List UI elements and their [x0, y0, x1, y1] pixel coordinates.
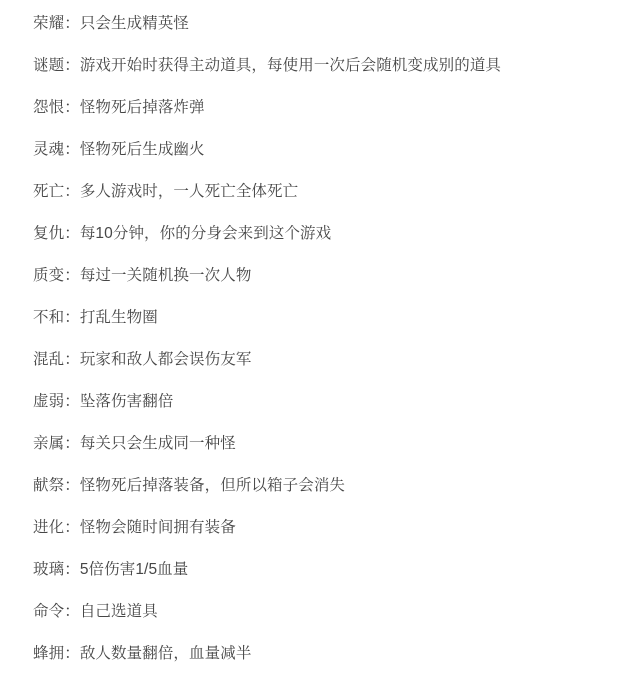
effect-term: 复仇 [33, 225, 64, 242]
effect-term: 混乱 [33, 351, 64, 368]
effect-entry: 怨恨：怪物死后掉落炸弹 [33, 97, 609, 119]
effect-entry: 混乱：玩家和敌人都会误伤友军 [33, 349, 609, 371]
colon-separator: ： [64, 393, 80, 410]
effect-description: 游戏开始时获得主动道具，每使用一次后会随机变成别的道具 [80, 57, 501, 74]
effect-entry: 亲属：每关只会生成同一种怪 [33, 433, 609, 455]
effect-entry: 复仇：每10分钟，你的分身会来到这个游戏 [33, 223, 609, 245]
effect-description: 5倍伤害1/5血量 [80, 561, 189, 578]
effects-list: 荣耀：只会生成精英怪 谜题：游戏开始时获得主动道具，每使用一次后会随机变成别的道… [0, 0, 629, 665]
effect-term: 荣耀 [33, 15, 64, 32]
effect-term: 献祭 [33, 477, 64, 494]
effect-description: 坠落伤害翻倍 [80, 393, 174, 410]
effect-description: 每10分钟，你的分身会来到这个游戏 [80, 225, 331, 242]
effect-entry: 谜题：游戏开始时获得主动道具，每使用一次后会随机变成别的道具 [33, 55, 609, 77]
effect-term: 亲属 [33, 435, 64, 452]
effect-term: 进化 [33, 519, 64, 536]
colon-separator: ： [64, 99, 80, 116]
effect-entry: 蜂拥：敌人数量翻倍，血量减半 [33, 643, 609, 665]
colon-separator: ： [64, 351, 80, 368]
colon-separator: ： [64, 603, 80, 620]
effect-description: 自己选道具 [80, 603, 158, 620]
effect-term: 质变 [33, 267, 64, 284]
effect-term: 死亡 [33, 183, 64, 200]
colon-separator: ： [64, 15, 80, 32]
effect-term: 怨恨 [33, 99, 64, 116]
effect-term: 虚弱 [33, 393, 64, 410]
colon-separator: ： [64, 225, 80, 242]
effect-description: 多人游戏时，一人死亡全体死亡 [80, 183, 298, 200]
effect-term: 谜题 [33, 57, 64, 74]
effect-term: 不和 [33, 309, 64, 326]
effect-entry: 死亡：多人游戏时，一人死亡全体死亡 [33, 181, 609, 203]
effect-entry: 进化：怪物会随时间拥有装备 [33, 517, 609, 539]
effect-description: 敌人数量翻倍，血量减半 [80, 645, 252, 662]
effect-description: 怪物会随时间拥有装备 [80, 519, 236, 536]
effect-description: 每过一关随机换一次人物 [80, 267, 252, 284]
effect-description: 怪物死后生成幽火 [80, 141, 205, 158]
colon-separator: ： [64, 183, 80, 200]
effect-term: 玻璃 [33, 561, 64, 578]
effect-description: 怪物死后掉落炸弹 [80, 99, 205, 116]
colon-separator: ： [64, 477, 80, 494]
colon-separator: ： [64, 519, 80, 536]
effect-entry: 灵魂：怪物死后生成幽火 [33, 139, 609, 161]
colon-separator: ： [64, 561, 80, 578]
colon-separator: ： [64, 309, 80, 326]
effect-description: 打乱生物圈 [80, 309, 158, 326]
effect-entry: 命令：自己选道具 [33, 601, 609, 623]
colon-separator: ： [64, 57, 80, 74]
colon-separator: ： [64, 267, 80, 284]
effect-entry: 献祭：怪物死后掉落装备，但所以箱子会消失 [33, 475, 609, 497]
effect-entry: 虚弱：坠落伤害翻倍 [33, 391, 609, 413]
effect-entry: 荣耀：只会生成精英怪 [33, 13, 609, 35]
effect-description: 玩家和敌人都会误伤友军 [80, 351, 252, 368]
effect-description: 每关只会生成同一种怪 [80, 435, 236, 452]
effect-entry: 玻璃：5倍伤害1/5血量 [33, 559, 609, 581]
colon-separator: ： [64, 141, 80, 158]
effect-term: 灵魂 [33, 141, 64, 158]
effect-term: 蜂拥 [33, 645, 64, 662]
effect-description: 只会生成精英怪 [80, 15, 189, 32]
colon-separator: ： [64, 435, 80, 452]
effect-entry: 质变：每过一关随机换一次人物 [33, 265, 609, 287]
effect-description: 怪物死后掉落装备，但所以箱子会消失 [80, 477, 345, 494]
effect-entry: 不和：打乱生物圈 [33, 307, 609, 329]
effect-term: 命令 [33, 603, 64, 620]
colon-separator: ： [64, 645, 80, 662]
